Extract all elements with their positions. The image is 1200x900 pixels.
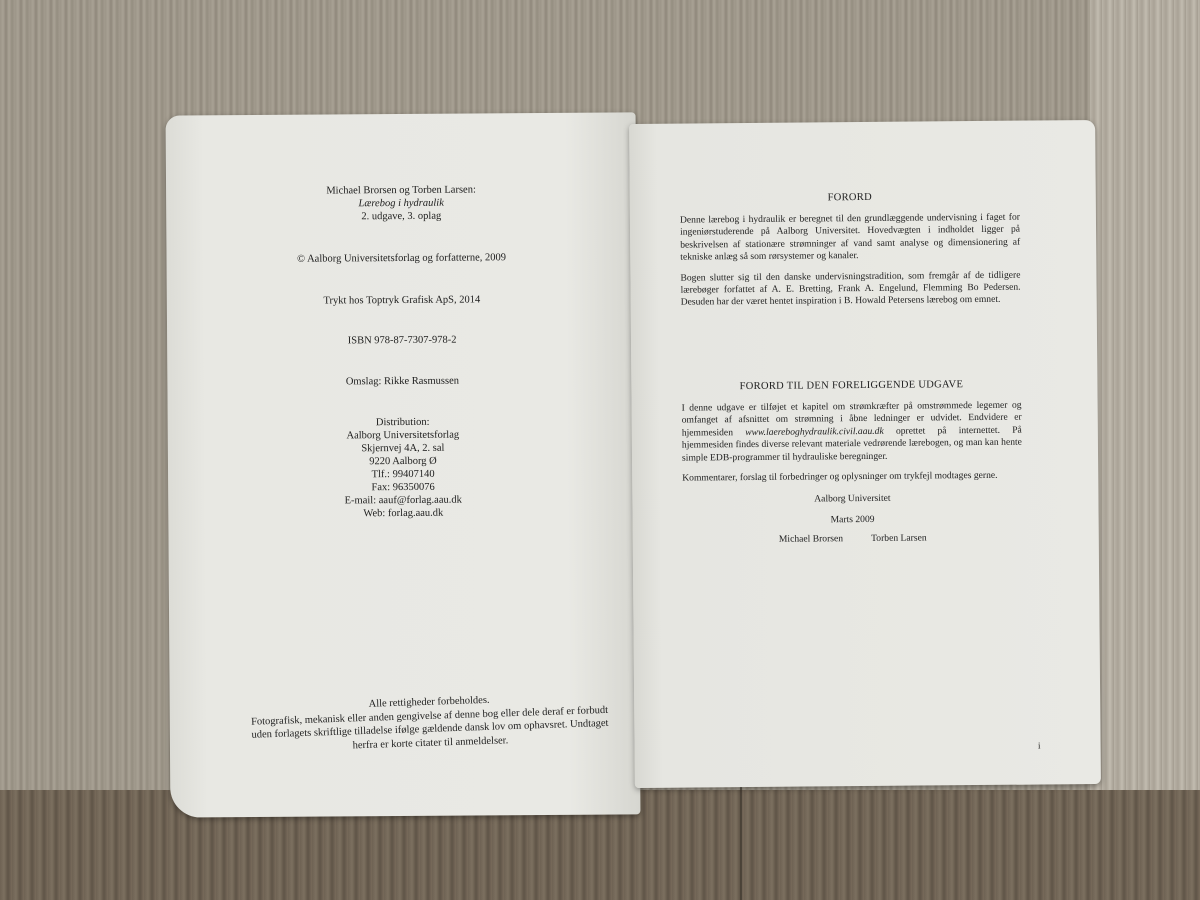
foreword-heading: FORORD — [680, 191, 1020, 205]
signature-date: Marts 2009 — [683, 513, 1023, 527]
signature-names: Michael Brorsen Torben Larsen — [683, 532, 1023, 546]
foreword: FORORD Denne lærebog i hydraulik er bere… — [680, 191, 1021, 318]
left-page: Michael Brorsen og Torben Larsen: Lærebo… — [166, 112, 641, 817]
signature-author-1: Michael Brorsen — [779, 534, 843, 546]
website-link[interactable]: www.laereboghydraulik.civil.aau.dk — [745, 426, 884, 438]
foreword-paragraph-1: Denne lærebog i hydraulik er beregnet ti… — [680, 212, 1020, 265]
page-number: i — [1038, 740, 1041, 750]
cover-credit: Omslag: Rikke Rasmussen — [167, 373, 637, 389]
signature-place: Aalborg Universitet — [682, 492, 1022, 506]
edition-foreword: FORORD TIL DEN FORELIGGENDE UDGAVE I den… — [681, 379, 1022, 546]
distribution-web: Web: forlag.aau.dk — [168, 505, 638, 521]
floor-seam — [740, 780, 742, 900]
right-page: FORORD Denne lærebog i hydraulik er bere… — [629, 120, 1101, 788]
title-block: Michael Brorsen og Torben Larsen: Lærebo… — [166, 182, 636, 224]
copyright: © Aalborg Universitetsforlag og forfatte… — [167, 250, 637, 266]
isbn: ISBN 978-87-7307-978-2 — [167, 332, 637, 348]
rights-notice: Alle rettigheder forbeholdes. Fotografis… — [239, 690, 621, 757]
edition-foreword-heading: FORORD TIL DEN FORELIGGENDE UDGAVE — [681, 379, 1021, 393]
wooden-floor-right — [1090, 0, 1200, 900]
distribution-block: Distribution: Aalborg Universitetsforlag… — [168, 414, 639, 521]
edition: 2. udgave, 3. oplag — [166, 208, 636, 224]
edition-paragraph-2: Kommentarer, forslag til forbedringer og… — [682, 470, 1022, 485]
signature-author-2: Torben Larsen — [871, 533, 927, 544]
edition-paragraph-1: I denne udgave er tilføjet et kapitel om… — [682, 400, 1023, 465]
printer: Trykt hos Toptryk Grafisk ApS, 2014 — [167, 292, 637, 308]
foreword-paragraph-2: Bogen slutter sig til den danske undervi… — [680, 269, 1020, 309]
